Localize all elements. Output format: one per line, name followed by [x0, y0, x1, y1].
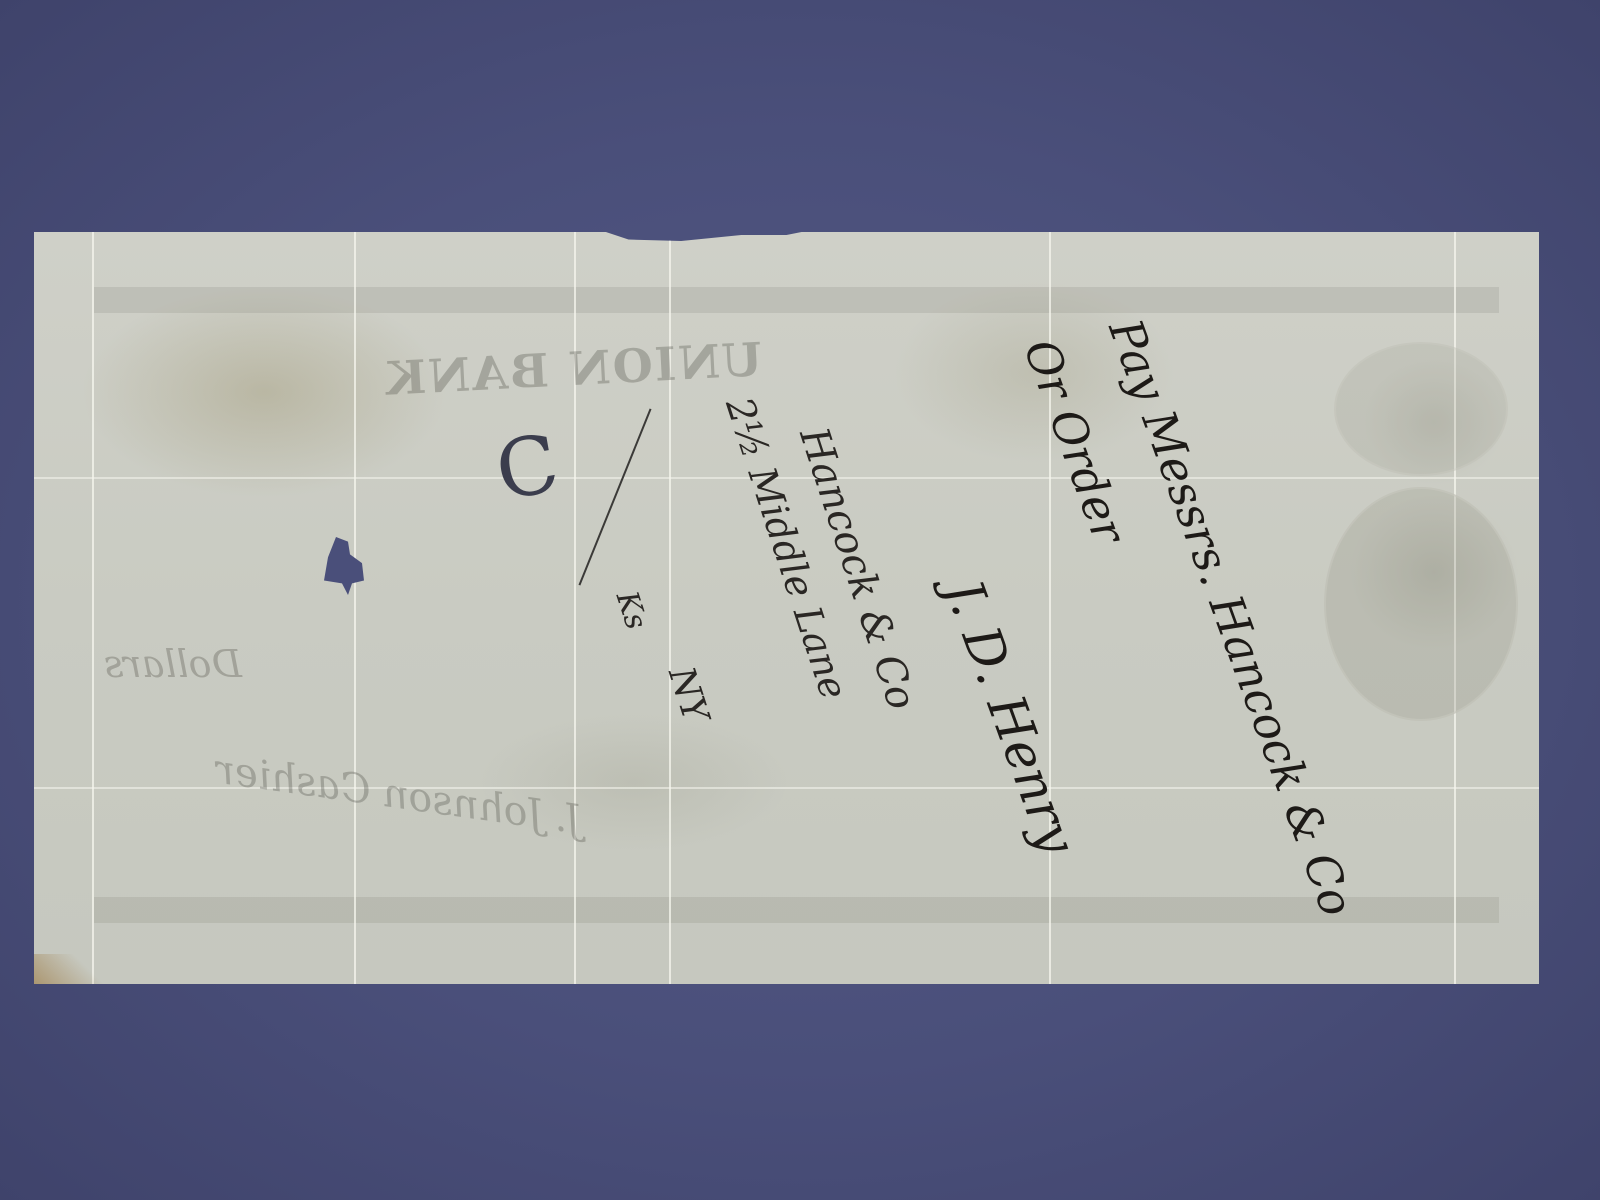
vignette-oval: [1324, 487, 1518, 721]
initials: Ks: [609, 587, 654, 634]
bank-note-reverse: UNION BANK Dollars J. Johnson Cashier Pa…: [34, 232, 1539, 984]
fold-line: [92, 232, 94, 984]
vignette-oval: [1334, 342, 1508, 476]
printed-border-band-top: [94, 287, 1499, 313]
fold-line: [354, 232, 356, 984]
endorser-signature: J. D. Henry: [933, 572, 1087, 862]
bank-name-show-through: UNION BANK: [383, 332, 764, 406]
printed-signature-show-through: J. Johnson Cashier: [213, 747, 585, 844]
printed-border-band-bottom: [94, 897, 1499, 923]
corner-stain: [34, 954, 104, 984]
paper-hole: [324, 537, 364, 595]
pen-stroke: [578, 409, 651, 586]
blue-ink-mark: C: [489, 416, 565, 518]
dollars-show-through: Dollars: [104, 642, 242, 686]
